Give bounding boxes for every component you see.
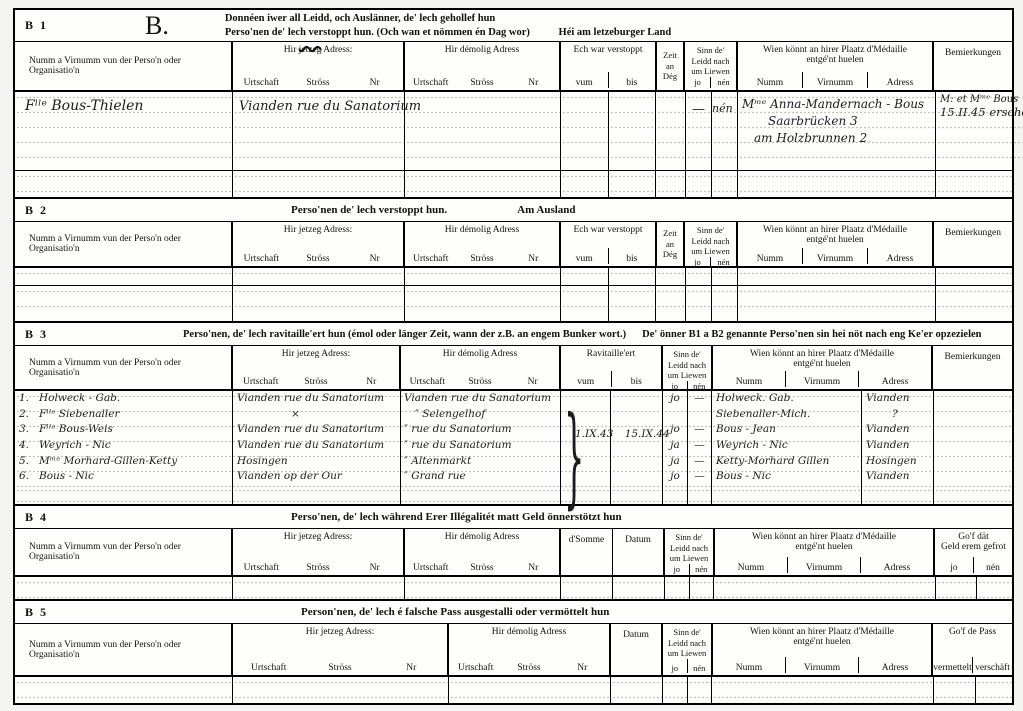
b3-row4-jetzeg: Vianden rue du Sanatorium <box>233 438 401 454</box>
b5-col-jetzeg: Hir jetzeg Adress: UrtschaftStrössNr <box>233 624 449 675</box>
b3-row1-med-adr: Vianden <box>862 391 934 407</box>
b2-col-demolig: Hir démolig Adress UrtschaftStrössNr <box>405 222 561 266</box>
b3-row4-nen: — <box>688 438 712 454</box>
b3-col-name: Numm a Virnumm vun der Perso'n oder Orga… <box>15 346 233 389</box>
b1-entry-zeit <box>656 92 686 170</box>
b3-row1-nen: — <box>688 391 712 407</box>
b3-row3-med-adr: Vianden <box>862 422 934 438</box>
b3-row6-med-name: Bous - Nic <box>712 469 862 485</box>
b3-row3-nen: — <box>688 422 712 438</box>
b3-header-row: Numm a Virnumm vun der Perso'n oder Orga… <box>15 346 1012 391</box>
b1-title-line1: Donnéen iwer all Leidd, och Auslänner, d… <box>225 12 671 25</box>
b1-med-line3: am Holzbrunnen 2 <box>742 130 935 147</box>
b3-row5-jo: ja <box>663 454 688 470</box>
b4-col-name: Numm a Virnumm vun der Perso'n oder Orga… <box>15 529 233 575</box>
b3-row2-jetzeg: × <box>233 407 401 423</box>
section-b1-letter: B. <box>145 11 169 41</box>
b3-row2-jo <box>663 407 688 423</box>
label-hir: Hir <box>284 45 297 55</box>
b3-row1-jo: jo <box>663 391 688 407</box>
b3-col-bemierkungen: Bemierkungen <box>933 346 1012 389</box>
section-b5-id: B 5 <box>15 605 121 620</box>
b2-empty-row-1 <box>15 268 1012 285</box>
b3-col-demolig: Hir démolig Adress UrtschaftStrössNr <box>401 346 561 389</box>
b3-row6-name: Bous - Nic <box>39 470 94 482</box>
b1-entry-jetzeg: Vianden rue du Sanatorium <box>233 92 405 170</box>
b1-entry-bis <box>609 92 656 170</box>
b3-row4-demolig: ″ rue du Sanatorium <box>401 438 561 454</box>
section-b5-titlebar: B 5 Person'nen, de' lech é falsche Pass … <box>15 599 1012 624</box>
section-b1-title: Donnéen iwer all Leidd, och Auslänner, d… <box>225 12 671 38</box>
b5-col-medaille: Wien könnt an hirer Plaatz d'Médailleent… <box>711 624 933 675</box>
b1-entry-vum <box>561 92 609 170</box>
b3-row-1: 1.Holweck - Gab. Vianden rue du Sanatori… <box>15 391 1012 407</box>
b2-empty-row-2 <box>15 285 1012 321</box>
label-adress: Adress: <box>323 45 352 55</box>
b1-bem-line1: M: et Mᵐᵉ Bous <box>940 94 1023 105</box>
b4-empty-row <box>15 577 1012 599</box>
b1-entry-name: Fˡˡᵉ Bous-Thielen <box>15 92 233 170</box>
b4-col-demolig: Hir démolig Adress UrtschaftStrössNr <box>405 529 561 575</box>
b3-row6-nen: — <box>688 469 712 485</box>
b1-col-bemierkungen: Bemierkungen <box>934 42 1012 90</box>
b4-col-sinn: Sinn de'Leidd nachum Liewen jonén <box>665 529 714 575</box>
questionnaire-form: B 1 B. Donnéen iwer all Leidd, och Auslä… <box>13 8 1014 705</box>
b3-row3-jo: jo <box>663 422 688 438</box>
b1-med-line2: Saarbrücken 3 <box>742 113 935 130</box>
section-b3-titlebar: B 3 Perso'nen, de' lech ravitaille'ert h… <box>15 321 1012 346</box>
b3-row-4: 4.Weyrich - Nic Vianden rue du Sanatoriu… <box>15 438 1012 454</box>
b1-col-demolig: Hir démolig Adress UrtschaftStrössNr <box>405 42 561 90</box>
section-b3-id: B 3 <box>15 327 121 342</box>
b3-row6-jo: jo <box>663 469 688 485</box>
b1-entry-medaille: Mᵐᵉ Anna-Mandernach - Bous Saarbrücken 3… <box>738 92 936 170</box>
b3-row1-demolig: Vianden rue du Sanatorium <box>401 391 561 407</box>
section-b2-titlebar: B 2 Perso'nen de' lech verstoppt hun. Am… <box>15 197 1012 222</box>
section-b2-title: Perso'nen de' lech verstoppt hun. <box>291 204 447 216</box>
b3-row2-med-name: Siebenaller-Mich. <box>712 407 862 423</box>
b5-col-demolig: Hir démolig Adress UrtschaftStrössNr <box>449 624 611 675</box>
b3-row-5: 5.Mᵐᵉ Morhard-Gillen-Ketty Hosingen ″ Al… <box>15 454 1012 470</box>
b4-col-medaille: Wien könnt an hirer Plaatz d'Médailleent… <box>713 529 935 575</box>
b2-col-zeit: ZeitanDég <box>655 222 685 266</box>
label-jetzeg-struck: jetzeg <box>299 45 322 55</box>
b1-entry-bemierkungen: M: et Mᵐᵉ Bous 15.II.45 erschoss <box>936 92 1023 170</box>
b3-row5-demolig: ″ Altenmarkt <box>401 454 561 470</box>
section-b2-id: B 2 <box>15 203 121 218</box>
section-b5-title: Person'nen, de' lech é falsche Pass ausg… <box>301 606 609 618</box>
b3-col-sinn: Sinn de'Leidd nachum Liewen jonén <box>663 346 712 389</box>
b4-header-row: Numm a Virnumm vun der Perso'n oder Orga… <box>15 529 1012 577</box>
b1-entry-demolig <box>405 92 561 170</box>
section-b3-title2: De' önner B1 a B2 genannte Perso'nen sin… <box>642 329 981 340</box>
b3-row6-demolig: ″ Grand rue <box>401 469 561 485</box>
b2-header-row: Numm a Virnumm vun der Perso'n oder Orga… <box>15 222 1012 268</box>
b3-row2-nen <box>688 407 712 423</box>
b3-row2-med-adr: ? <box>862 407 934 423</box>
b1-title-line2: Perso'nen de' lech verstoppt hun. (Och w… <box>225 27 530 38</box>
b3-body: } 1.IX.43 15.IX.44 1.Holweck - Gab. Vian… <box>15 391 1012 504</box>
b3-row3-demolig: ″ rue du Sanatorium <box>401 422 561 438</box>
b3-row5-jetzeg: Hosingen <box>233 454 401 470</box>
b3-row1-jetzeg: Vianden rue du Sanatorium <box>233 391 401 407</box>
section-b4-id: B 4 <box>15 510 121 525</box>
b3-col-jetzeg: Hir jetzeg Adress: UrtschaftStrössNr <box>233 346 401 389</box>
b3-row4-med-adr: Vianden <box>862 438 934 454</box>
b3-row4-name: Weyrich - Nic <box>39 439 111 451</box>
b1-col-sinn: Sinn de'Leidd nachum Liewen jonén <box>685 42 737 90</box>
b1-med-line1: Mᵐᵉ Anna-Mandernach - Bous <box>742 96 935 113</box>
b1-entry-jo: — <box>686 92 712 170</box>
b3-row3-med-name: Bous - Jean <box>712 422 862 438</box>
b4-col-somme: d'Somme <box>561 529 613 575</box>
b3-empty-row <box>15 485 1012 504</box>
section-b3-title: Perso'nen, de' lech ravitaille'ert hun (… <box>183 329 626 340</box>
b1-col-medaille: Wien könnt an hirer Plaatz d'Médailleent… <box>736 42 934 90</box>
b4-col-gof-geld: Go'f dätGeld erem gefrot jonén <box>935 529 1012 575</box>
b3-row5-med-name: Ketty-Morhard Gillen <box>712 454 862 470</box>
b2-col-medaille: Wien könnt an hirer Plaatz d'Médailleent… <box>736 222 934 266</box>
b1-title-line3: Héi am letzeburger Land <box>559 27 672 38</box>
b1-col-zeit: ZeitanDég <box>655 42 685 90</box>
b2-col-bemierkungen: Bemierkungen <box>934 222 1012 266</box>
b5-header-row: Numm a Virnumm vun der Perso'n oder Orga… <box>15 624 1012 677</box>
b3-row5-med-adr: Hosingen <box>862 454 934 470</box>
b5-empty-row <box>15 677 1012 703</box>
b3-row4-jo: ja <box>663 438 688 454</box>
b2-col-name: Numm a Virnumm vun der Perso'n oder Orga… <box>15 222 233 266</box>
b2-col-jetzeg: Hir jetzeg Adress: UrtschaftStrössNr <box>233 222 405 266</box>
b3-row-2: 2.Fˡˡᵉ Siebenaller × ″ Selengelhof Siebe… <box>15 407 1012 423</box>
b1-col-jetzeg: Hir jetzeg Adress: UrtschaftStrössNr <box>233 42 405 90</box>
b5-col-gof-pass: Go'f de Pass vermetteltverschäft <box>933 624 1012 675</box>
b2-col-verstoppt: Ech war verstoppt vumbis <box>561 222 656 266</box>
b3-row4-med-name: Weyrich - Nic <box>712 438 862 454</box>
b3-row5-nen: — <box>688 454 712 470</box>
b1-entry-nen: nén <box>712 92 738 170</box>
section-b1-id: B 1 <box>15 18 121 33</box>
b1-col-name: Numm a Virnumm vun der Perso'n oder Orga… <box>15 42 233 90</box>
b4-col-jetzeg: Hir jetzeg Adress: UrtschaftStrössNr <box>233 529 405 575</box>
b3-row1-name: Holweck - Gab. <box>39 392 120 404</box>
b3-col-ravitailleert: Ravitaille'ert vumbis <box>561 346 663 389</box>
b4-col-datum: Datum <box>613 529 665 575</box>
b3-row-3: 3.Fˡˡᵉ Bous-Weis Vianden rue du Sanatori… <box>15 422 1012 438</box>
b1-col-verstoppt: Ech war verstoppt vumbis <box>561 42 656 90</box>
section-b4-titlebar: B 4 Perso'nen, de' lech während Erer Ill… <box>15 504 1012 529</box>
b3-row2-demolig: ″ Selengelhof <box>401 407 561 423</box>
b3-row6-jetzeg: Vianden op der Our <box>233 469 401 485</box>
b1-header-row: Numm a Virnumm vun der Perso'n oder Orga… <box>15 42 1012 92</box>
b2-col-sinn: Sinn de'Leidd nachum Liewen jonén <box>685 222 737 266</box>
b5-col-name: Numm a Virnumm vun der Perso'n oder Orga… <box>15 624 233 675</box>
section-b2-title2: Am Ausland <box>517 204 575 216</box>
b3-row-6: 6.Bous - Nic Vianden op der Our ″ Grand … <box>15 469 1012 485</box>
b3-row3-name: Fˡˡᵉ Bous-Weis <box>39 423 113 435</box>
b1-entry-row: Fˡˡᵉ Bous-Thielen Vianden rue du Sanator… <box>15 92 1012 170</box>
b3-col-medaille: Wien könnt an hirer Plaatz d'Médailleent… <box>711 346 933 389</box>
b1-bem-line2: 15.II.45 erschoss <box>940 105 1023 119</box>
b3-row2-name: Fˡˡᵉ Siebenaller <box>39 408 119 420</box>
b3-row1-med-name: Holweck. Gab. <box>712 391 862 407</box>
b1-empty-row <box>15 170 1012 197</box>
b5-col-datum: Datum <box>611 624 663 675</box>
b3-row6-med-adr: Vianden <box>862 469 934 485</box>
section-b1-titlebar: B 1 B. Donnéen iwer all Leidd, och Auslä… <box>15 10 1012 42</box>
b5-col-sinn: Sinn de'Leidd nachum Liewen jonén <box>663 624 712 675</box>
b3-row5-name: Mᵐᵉ Morhard-Gillen-Ketty <box>39 455 177 467</box>
b3-row3-jetzeg: Vianden rue du Sanatorium <box>233 422 401 438</box>
